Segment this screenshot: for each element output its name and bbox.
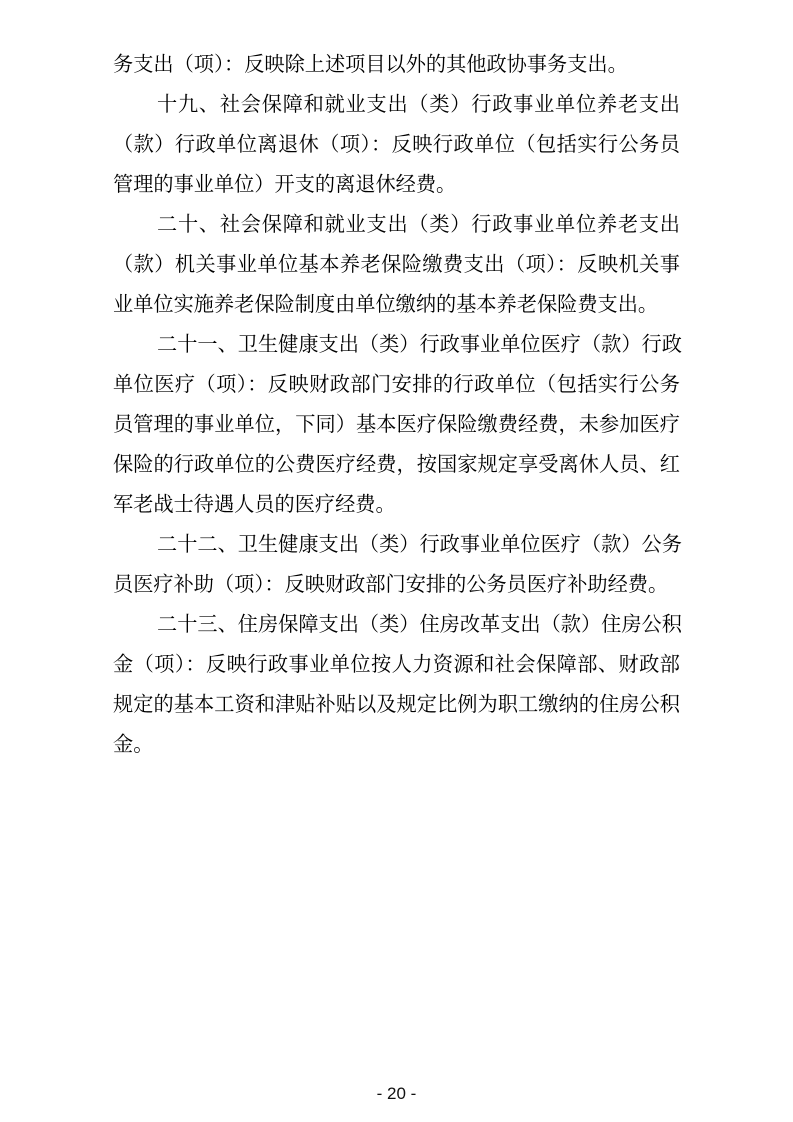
text-line: 二十二、卫生健康支出（类）行政事业单位医疗（款）公务: [113, 524, 680, 564]
text-line: （款）行政单位离退休（项）：反映行政单位（包括实行公务员: [113, 124, 680, 164]
page-number: - 20 -: [377, 1084, 417, 1103]
text-line: 十九、社会保障和就业支出（类）行政事业单位养老支出: [113, 84, 680, 124]
document-page: 务支出（项）：反映除上述项目以外的其他政协事务支出。十九、社会保障和就业支出（类…: [0, 0, 793, 1122]
para-21-health-medical: 二十一、卫生健康支出（类）行政事业单位医疗（款）行政单位医疗（项）：反映财政部门…: [113, 324, 680, 524]
text-line: 金（项）：反映行政事业单位按人力资源和社会保障部、财政部: [113, 644, 680, 684]
page-footer: - 20 -: [0, 1084, 793, 1104]
para-20-basic-pension-insurance: 二十、社会保障和就业支出（类）行政事业单位养老支出（款）机关事业单位基本养老保险…: [113, 204, 680, 324]
text-line: （款）机关事业单位基本养老保险缴费支出（项）：反映机关事: [113, 244, 680, 284]
para-19-pension-expenditure: 十九、社会保障和就业支出（类）行政事业单位养老支出（款）行政单位离退休（项）：反…: [113, 84, 680, 204]
text-line: 军老战士待遇人员的医疗经费。: [113, 484, 680, 524]
document-body: 务支出（项）：反映除上述项目以外的其他政协事务支出。十九、社会保障和就业支出（类…: [113, 44, 680, 764]
text-line: 单位医疗（项）：反映财政部门安排的行政单位（包括实行公务: [113, 364, 680, 404]
para-23-housing-fund: 二十三、住房保障支出（类）住房改革支出（款）住房公积金（项）：反映行政事业单位按…: [113, 604, 680, 764]
text-line: 业单位实施养老保险制度由单位缴纳的基本养老保险费支出。: [113, 284, 680, 324]
text-line: 二十、社会保障和就业支出（类）行政事业单位养老支出: [113, 204, 680, 244]
text-line: 务支出（项）：反映除上述项目以外的其他政协事务支出。: [113, 44, 680, 84]
text-line: 保险的行政单位的公费医疗经费，按国家规定享受离休人员、红: [113, 444, 680, 484]
text-line: 金。: [113, 724, 680, 764]
text-line: 二十三、住房保障支出（类）住房改革支出（款）住房公积: [113, 604, 680, 644]
para-18-continuation: 务支出（项）：反映除上述项目以外的其他政协事务支出。: [113, 44, 680, 84]
text-line: 员医疗补助（项）：反映财政部门安排的公务员医疗补助经费。: [113, 564, 680, 604]
para-22-civil-servant-medical-subsidy: 二十二、卫生健康支出（类）行政事业单位医疗（款）公务员医疗补助（项）：反映财政部…: [113, 524, 680, 604]
text-line: 管理的事业单位）开支的离退休经费。: [113, 164, 680, 204]
text-line: 规定的基本工资和津贴补贴以及规定比例为职工缴纳的住房公积: [113, 684, 680, 724]
text-line: 二十一、卫生健康支出（类）行政事业单位医疗（款）行政: [113, 324, 680, 364]
text-line: 员管理的事业单位，下同）基本医疗保险缴费经费，未参加医疗: [113, 404, 680, 444]
